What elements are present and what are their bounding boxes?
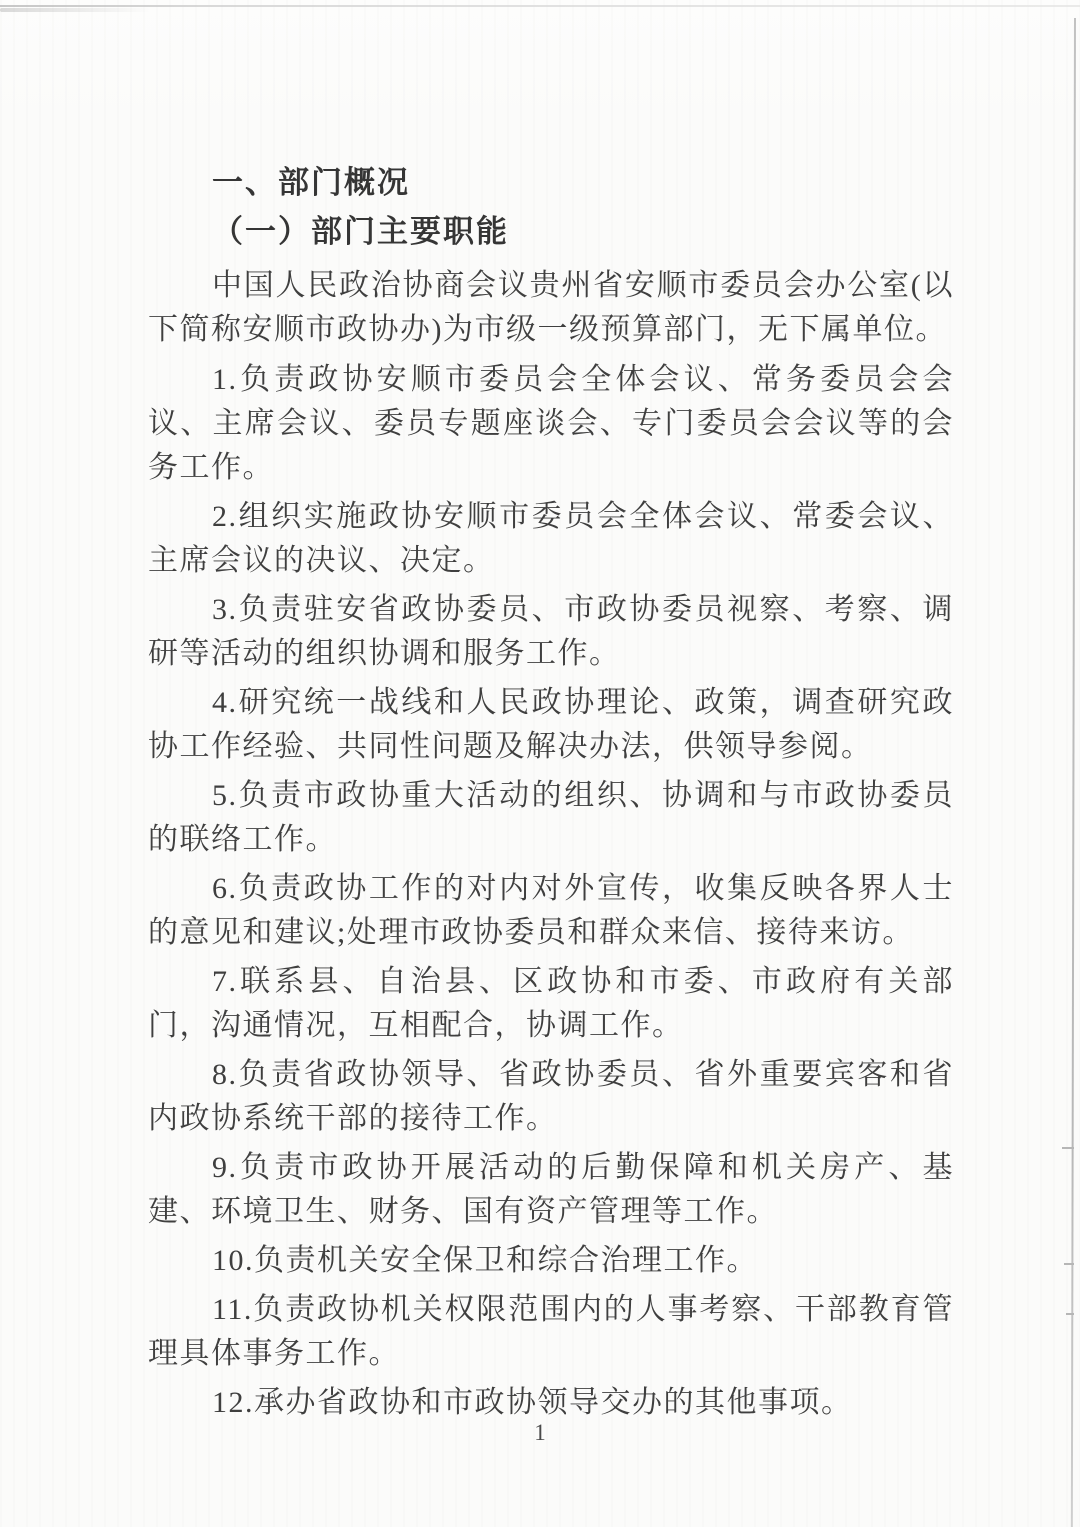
intro-wrapper: 中国人民政治协商会议贵州省安顺市委员会办公室(以下简称安顺市政协办)为市级一级预… bbox=[148, 264, 954, 352]
scan-edge-tick bbox=[1064, 1263, 1074, 1265]
function-item: 5.负责市政协重大活动的组织、协调和与市政协委员的联络工作。 bbox=[148, 774, 954, 862]
section-heading: 一、部门概况 bbox=[148, 158, 954, 207]
subsection-heading: （一）部门主要职能 bbox=[148, 207, 954, 256]
function-item: 6.负责政协工作的对内对外宣传，收集反映各界人士的意见和建议;处理市政协委员和群… bbox=[148, 867, 954, 955]
scan-right-edge-line bbox=[1071, 18, 1076, 1527]
function-item: 4.研究统一战线和人民政协理论、政策，调查研究政协工作经验、共同性问题及解决办法… bbox=[148, 681, 954, 769]
function-item: 1.负责政协安顺市委员会全体会议、常务委员会会议、主席会议、委员专题座谈会、专门… bbox=[148, 358, 954, 490]
scan-edge-tick bbox=[1066, 1313, 1074, 1315]
function-list: 1.负责政协安顺市委员会全体会议、常务委员会会议、主席会议、委员专题座谈会、专门… bbox=[148, 358, 954, 1425]
intro-paragraph: 中国人民政治协商会议贵州省安顺市委员会办公室(以下简称安顺市政协办)为市级一级预… bbox=[148, 264, 954, 352]
scan-edge-tick bbox=[1062, 1147, 1074, 1149]
scan-top-edge-line bbox=[0, 5, 1080, 7]
scan-top-smudge bbox=[0, 8, 150, 12]
scanned-document-page: 一、部门概况 （一）部门主要职能 中国人民政治协商会议贵州省安顺市委员会办公室(… bbox=[0, 0, 1080, 1527]
page-number: 1 bbox=[0, 1418, 1080, 1448]
function-item: 7.联系县、自治县、区政协和市委、市政府有关部门，沟通情况，互相配合，协调工作。 bbox=[148, 960, 954, 1048]
function-item: 8.负责省政协领导、省政协委员、省外重要宾客和省内政协系统干部的接待工作。 bbox=[148, 1053, 954, 1141]
document-content: 一、部门概况 （一）部门主要职能 中国人民政治协商会议贵州省安顺市委员会办公室(… bbox=[148, 158, 954, 1425]
function-item: 2.组织实施政协安顺市委员会全体会议、常委会议、主席会议的决议、决定。 bbox=[148, 495, 954, 583]
function-item: 10.负责机关安全保卫和综合治理工作。 bbox=[148, 1239, 954, 1283]
function-item: 3.负责驻安省政协委员、市政协委员视察、考察、调研等活动的组织协调和服务工作。 bbox=[148, 588, 954, 676]
function-item: 11.负责政协机关权限范围内的人事考察、干部教育管理具体事务工作。 bbox=[148, 1288, 954, 1376]
function-item: 9.负责市政协开展活动的后勤保障和机关房产、基建、环境卫生、财务、国有资产管理等… bbox=[148, 1146, 954, 1234]
